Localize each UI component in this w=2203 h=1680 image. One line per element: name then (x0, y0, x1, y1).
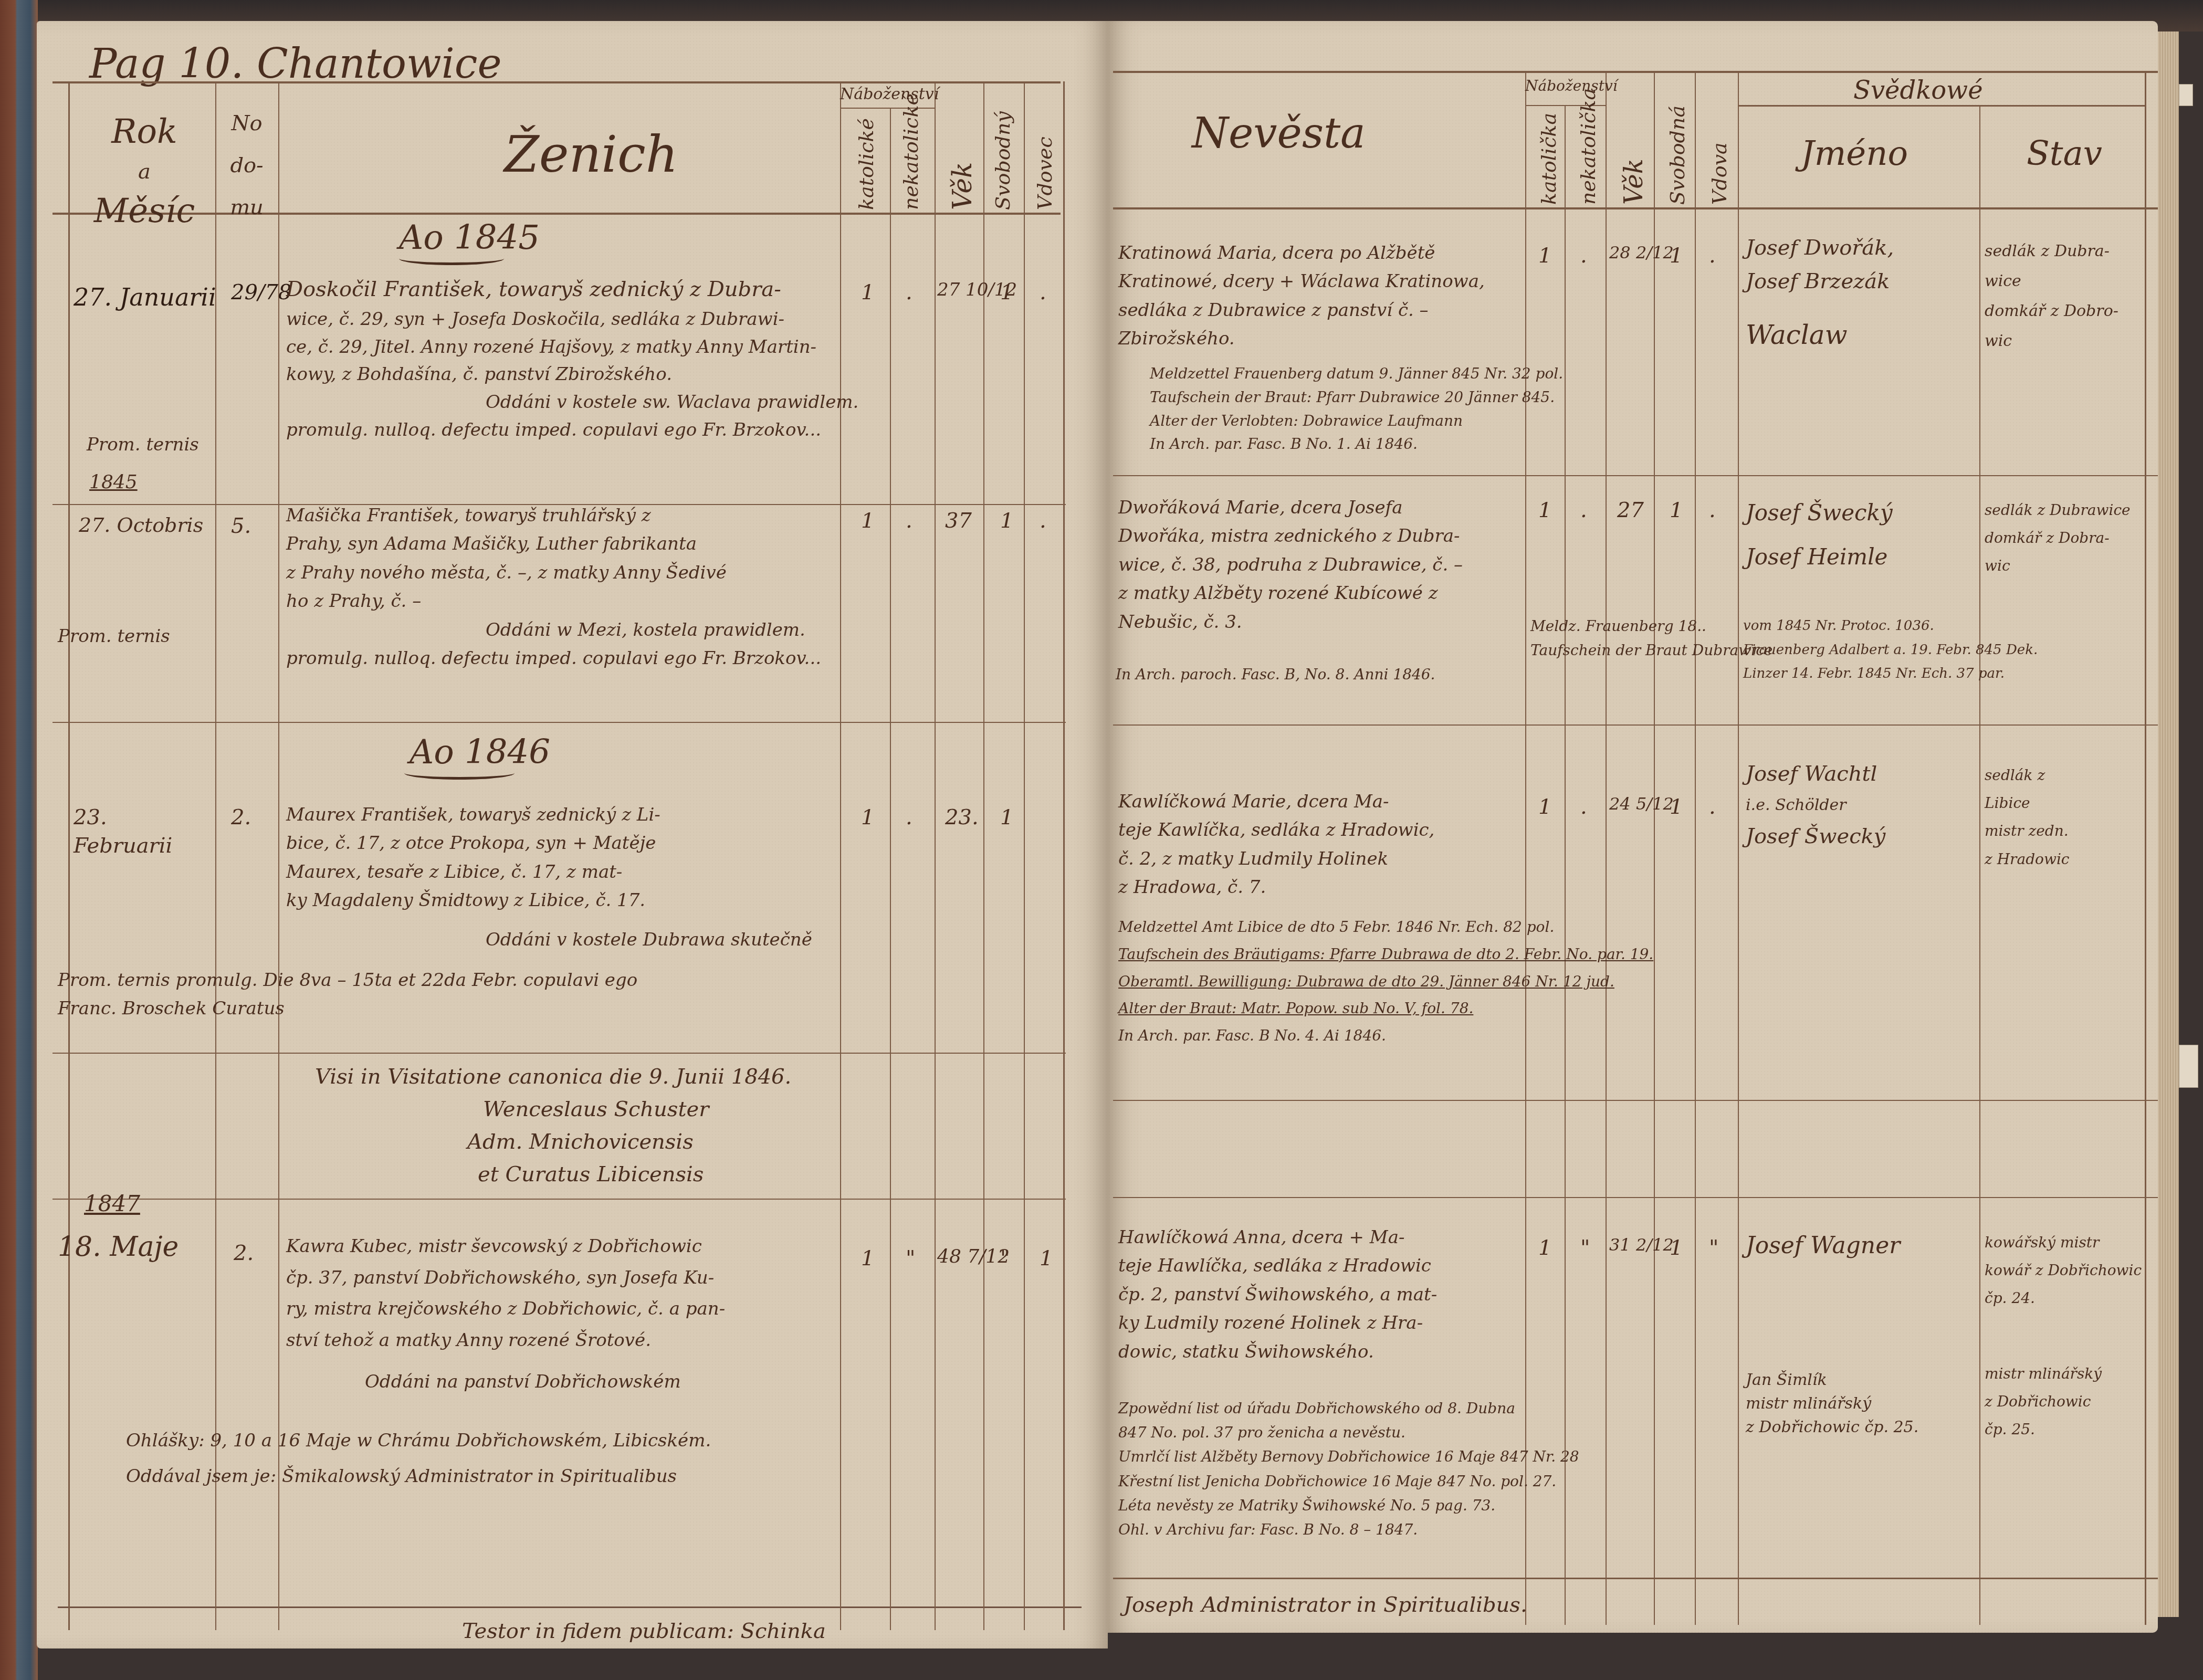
witness-name: Josef Wachtl (1746, 756, 1885, 792)
record-line: z Hradowa, č. 7. (1118, 873, 1434, 901)
record-line: ství tehož a matky Anny rozené Šrotové. (286, 1325, 725, 1357)
record-line: Alter der Braut: Matr. Popow. sub No. V,… (1118, 995, 1653, 1022)
record-line: Kawlíčkowá Marie, dcera Ma- (1118, 787, 1434, 816)
record-line: Linzer 14. Febr. 1845 Nr. Ech. 37 par. (1743, 662, 2038, 686)
record-line: In Arch. par. Fasc. B No. 4. Ai 1846. (1118, 1022, 1653, 1049)
bride-record: Dwořáková Marie, dcera Josefa Dwořáka, m… (1118, 493, 1463, 636)
marbled-cover-edge (0, 0, 38, 1680)
noncatholic-header: nekatolické (898, 115, 925, 210)
religion-header: Náboženství (840, 84, 939, 106)
age-value: 37 (945, 507, 972, 535)
column-rule (1024, 81, 1025, 1630)
witness-name: Josef Heimle (1746, 535, 1893, 579)
catholic-value: 1 (1538, 793, 1551, 821)
catholic-value: 1 (861, 278, 874, 307)
bride-record: Hawlíčkowá Anna, dcera + Ma- teje Hawlíč… (1118, 1223, 1437, 1366)
record-line: Meldzettel Frauenberg datum 9. Jänner 84… (1150, 362, 1563, 386)
record-line: Zpowědní list od úřadu Dobřichowského od… (1118, 1396, 1579, 1421)
column-rule (890, 108, 891, 1630)
record-line: Oddáni na panství Dobřichowském (286, 1367, 725, 1398)
witness-name: Jan Šimlík (1746, 1368, 1918, 1392)
witness-name: Josef Šwecký (1746, 818, 1885, 854)
record-line: Prom. ternis promulg. Die 8va – 15ta et … (58, 966, 637, 994)
column-rule (1654, 71, 1655, 1625)
widower-header: Vdovec (1032, 89, 1058, 210)
noncatholic-value: . (906, 507, 912, 535)
column-rule (68, 81, 70, 1630)
header-text: No (223, 102, 270, 144)
record-line: In Arch. paroch. Fasc. B, No. 8. Anni 18… (1116, 663, 1772, 687)
record-line: Ohlášky: 9, 10 a 16 Maje w Chrámu Dobřic… (126, 1423, 711, 1458)
catholic-value: 1 (1538, 1234, 1551, 1262)
entry-house-number: 2. (231, 803, 251, 832)
record-line: teje Hawlíčka, sedláka z Hradowic (1118, 1252, 1437, 1280)
noncatholic-value: " (1580, 1234, 1590, 1262)
header-top-rule (1113, 71, 2158, 73)
house-number-header: No do- mu (223, 102, 270, 228)
catholic-value: 1 (861, 1244, 874, 1273)
witness-names: Josef Wachtl i.e. Schölder Josef Šwecký (1746, 756, 1885, 854)
year-heading: 1847 (84, 1189, 140, 1219)
widow-value: . (1709, 241, 1716, 270)
age-value: 48 7/12 (937, 1244, 1010, 1270)
witnesses-header: Svědkowé (1853, 73, 1983, 108)
single-value: 1 (1000, 507, 1013, 535)
bride-record: Kratinowá Maria, dcera po Alžbětě Kratin… (1118, 239, 1485, 353)
witness-names: Josef Wagner Jan Šimlík mistr mlinářský … (1746, 1228, 1918, 1439)
column-rule (1525, 71, 1526, 1625)
record-line: Frauenberg Adalbert a. 19. Febr. 845 Dek… (1743, 638, 2038, 663)
record-line: wice, č. 29, syn + Josefa Doskočila, sed… (286, 306, 858, 333)
administrator-signature: Joseph Administrator in Spiritualibus. (1124, 1591, 1527, 1619)
status-line: sedlák z Dubra- (1985, 236, 2118, 266)
status-line: mistr zedn. (1985, 817, 2070, 845)
bride-record: Kawlíčkowá Marie, dcera Ma- teje Kawlíčk… (1118, 787, 1434, 902)
record-line: čp. 2, panství Šwihowského, a mat- (1118, 1280, 1437, 1309)
record-line: Křestní list Jenicha Dobřichowice 16 Maj… (1118, 1469, 1579, 1494)
witness-name: Josef Brzezák (1746, 265, 1894, 298)
witness-status: sedlák z Libice mistr zedn. z Hradowic (1985, 761, 2070, 873)
record-line: 847 No. pol. 37 pro ženicha a nevěstu. (1118, 1421, 1579, 1445)
record-line: Meldzettel Amt Libice de dto 5 Febr. 184… (1118, 913, 1653, 941)
noncatholic-value: . (906, 803, 912, 832)
status-line: čp. 24. (1985, 1284, 2142, 1312)
signature: Adm. Mnichovicensis (315, 1126, 791, 1158)
single-value: 1 (1670, 793, 1683, 821)
documents-note: Meldzettel Amt Libice de dto 5 Febr. 184… (1118, 913, 1653, 1049)
header-text: Rok (92, 108, 197, 156)
row-rule (58, 1606, 1082, 1608)
record-line: Maurex, tesaře z Libice, č. 17, z mat- (286, 858, 812, 886)
status-line: Libice (1985, 789, 2070, 817)
single-value: 1 (1670, 1234, 1683, 1262)
witness-name: i.e. Schölder (1746, 792, 1885, 818)
extra-notes: vom 1845 Nr. Protoc. 1036. Frauenberg Ad… (1743, 614, 2038, 686)
record-line: Oberamtl. Bewilligung: Dubrawa de dto 29… (1118, 968, 1653, 995)
entry-house-number: 2. (234, 1239, 254, 1267)
catholic-header: katolické (853, 115, 880, 210)
banns-and-officiant: Ohlášky: 9, 10 a 16 Maje w Chrámu Dobřic… (126, 1423, 711, 1494)
noncatholic-value: . (1580, 793, 1587, 821)
groom-column-header: Ženich (504, 121, 678, 189)
record-line: Meldz. Frauenberg 18.. (1530, 614, 1772, 638)
record-line: kowy, z Bohdašína, č. panství Zbirožskéh… (286, 361, 858, 388)
record-line: Visi in Visitatione canonica die 9. Juni… (315, 1060, 791, 1093)
entry-date: 18. Maje (58, 1228, 179, 1265)
status-line: domkář z Dobra- (1985, 524, 2131, 552)
record-line: teje Kawlíčka, sedláka z Hradowic, (1118, 816, 1434, 844)
widower-value: . (1040, 507, 1046, 535)
groom-record: Doskočil František, towaryš zednický z D… (286, 273, 858, 444)
visitation-note: Visi in Visitatione canonica die 9. Juni… (315, 1060, 791, 1191)
row-rule (1113, 1197, 2158, 1198)
record-line: Taufschein der Braut: Pfarr Dubrawice 20… (1150, 386, 1563, 409)
record-line: Nebušic, č. 3. (1118, 608, 1463, 636)
record-line: wice, č. 38, podruha z Dubrawice, č. – (1118, 551, 1463, 579)
status-line: čp. 25. (1985, 1415, 2142, 1443)
single-value: 1 (1670, 241, 1683, 270)
record-line: Dwořáka, mistra zednického z Dubra- (1118, 522, 1463, 550)
record-line: Taufschein der Braut Dubrawice (1530, 638, 1772, 663)
row-rule (53, 1053, 1066, 1054)
row-rule (53, 1199, 1066, 1200)
column-rule (215, 81, 216, 1630)
status-line: domkář z Dobro- (1985, 296, 2118, 326)
record-line: Oddával jsem je: Šmikalowský Administrat… (126, 1458, 711, 1494)
column-rule (935, 81, 936, 1630)
entry-house-number: 29/78 (231, 278, 291, 307)
documents-note: Meldzettel Frauenberg datum 9. Jänner 84… (1150, 362, 1563, 456)
record-line: Mašička František, towaryš truhlářský z (286, 501, 821, 530)
status-line: z Hradowic (1985, 845, 2070, 873)
witness-name: z Dobřichowic čp. 25. (1746, 1415, 1918, 1439)
record-line: č. 2, z matky Ludmily Holinek (1118, 845, 1434, 873)
parish-name: Chantowice (257, 40, 502, 88)
record-line: ky Ludmily rozené Holinek z Hra- (1118, 1309, 1437, 1337)
record-line: Dwořáková Marie, dcera Josefa (1118, 493, 1463, 522)
header-text: do- (223, 144, 270, 186)
header-bottom-rule (1113, 207, 2158, 209)
page-tab (2179, 1045, 2198, 1088)
noncatholic-value: " (906, 1244, 915, 1273)
record-line: Kratinowá Maria, dcera po Alžbětě (1118, 239, 1485, 267)
age-value: 23. (945, 803, 979, 832)
record-line: Léta nevěsty ze Matriky Šwihowské No. 5 … (1118, 1494, 1579, 1518)
age-value: 31 2/12 (1609, 1234, 1674, 1256)
column-rule (1606, 71, 1607, 1625)
record-line: Doskočil František, towaryš zednický z D… (286, 273, 858, 306)
page-reference: Pag 10. Chantowice (89, 37, 502, 92)
single-header: Svobodná (1664, 84, 1691, 205)
catholic-value: 1 (861, 507, 874, 535)
single-value: 1 (1000, 803, 1013, 832)
widow-value: . (1709, 496, 1716, 524)
age-header: Věk (1617, 89, 1651, 205)
row-rule (1113, 1578, 2158, 1579)
catholic-value: 1 (1538, 496, 1551, 524)
single-value: 1 (1000, 278, 1013, 307)
record-line: Umrlčí list Alžběty Bernovy Dobřichowice… (1118, 1445, 1579, 1469)
record-line: Ohl. v Archivu far: Fasc. B No. 8 – 1847… (1118, 1518, 1579, 1542)
status-line: kowářský mistr (1985, 1228, 2142, 1256)
status-line: sedlák z (1985, 761, 2070, 789)
widow-value: " (1709, 1234, 1718, 1262)
row-rule (1113, 475, 2158, 476)
catholic-value: 1 (861, 803, 874, 832)
status-line: kowář z Dobřichowic (1985, 1256, 2142, 1284)
header-top-rule (53, 81, 1061, 83)
noncatholic-value: . (1580, 241, 1587, 270)
witness-name: Josef Wagner (1746, 1228, 1918, 1263)
signature: et Curatus Libicensis (315, 1158, 791, 1191)
record-line: promulg. nulloq. defectu imped. copulavi… (286, 644, 821, 673)
entry-date: 23. Februarii (74, 803, 205, 860)
record-line: Kratinowé, dcery + Wáclawa Kratinowa, (1118, 267, 1485, 296)
entry-house-number: 5. (231, 512, 251, 540)
single-value: " (1000, 1244, 1010, 1273)
status-line: wic (1985, 552, 2131, 580)
status-line: wice (1985, 266, 2118, 296)
record-line: Kawra Kubec, mistr ševcowský z Dobřichow… (286, 1231, 725, 1263)
witness-status: kowářský mistr kowář z Dobřichowic čp. 2… (1985, 1228, 2142, 1443)
attestation-footer: Testor in fidem publicam: Schinka (462, 1617, 826, 1645)
record-line: In Arch. par. Fasc. B No. 1. Ai 1846. (1150, 433, 1563, 456)
record-line: Taufschein des Bräutigams: Pfarre Dubraw… (1118, 941, 1653, 968)
witness-names: Josef Šwecký Josef Heimle (1746, 491, 1893, 579)
witness-name: Josef Šwecký (1746, 491, 1893, 535)
witness-name: Waclaw (1746, 314, 1894, 356)
bride-column-header: Nevěsta (1192, 105, 1366, 162)
noncatholic-header: nekatolička (1575, 110, 1602, 205)
record-line: ho z Prahy, č. – (286, 587, 821, 615)
record-line: Oddáni w Mezi, kostela prawidlem. (286, 616, 821, 644)
record-line: z Prahy nového města, č. –, z matky Anny… (286, 559, 821, 587)
age-value: 27 (1617, 496, 1644, 524)
catholic-header: katolička (1536, 110, 1562, 205)
promulgation-note: Prom. ternis promulg. Die 8va – 15ta et … (58, 966, 637, 1023)
header-text: a (92, 156, 197, 187)
status-line: z Dobřichowic (1985, 1388, 2142, 1415)
page-tab (2179, 84, 2193, 106)
record-line: Maurex František, towaryš zednický z Li- (286, 801, 812, 829)
groom-record: Maurex František, towaryš zednický z Li-… (286, 801, 812, 954)
witness-status-header: Stav (2027, 131, 2102, 176)
groom-record: Kawra Kubec, mistr ševcowský z Dobřichow… (286, 1231, 725, 1398)
record-line: Alter der Verlobten: Dobrawice Laufmann (1150, 409, 1563, 433)
witness-status: sedlák z Dubra- wice domkář z Dobro- wic (1985, 236, 2118, 356)
widow-header: Vdova (1706, 84, 1733, 205)
record-line: dowic, statku Šwihowského. (1118, 1338, 1437, 1366)
record-line: ce, č. 29, Jitel. Anny rozené Hajšovy, z… (286, 333, 858, 361)
noncatholic-value: . (1580, 496, 1587, 524)
record-line: čp. 37, panství Dobřichowského, syn Jose… (286, 1263, 725, 1294)
noncatholic-value: . (906, 278, 912, 307)
witness-name-header: Jméno (1801, 131, 1908, 176)
header-text: Měsíc (92, 187, 197, 236)
record-line: bice, č. 17, z otce Prokopa, syn + Matěj… (286, 829, 812, 857)
column-rule (1979, 105, 1980, 1625)
catholic-value: 1 (1538, 241, 1551, 270)
record-line: Zbirožského. (1118, 324, 1485, 353)
documents-note: Zpowědní list od úřadu Dobřichowského od… (1118, 1396, 1579, 1542)
entry-date: 27. Januarii (74, 281, 216, 313)
header-text: mu (223, 186, 270, 228)
age-value: 24 5/12 (1609, 793, 1674, 815)
column-rule (1738, 71, 1739, 1625)
witness-names: Josef Dwořák, Josef Brzezák Waclaw (1746, 231, 1894, 356)
column-rule (2145, 71, 2146, 1625)
header-bottom-rule (53, 213, 1061, 215)
column-rule (983, 81, 984, 1630)
documents-note: Meldz. Frauenberg 18.. Taufschein der Br… (1530, 614, 1772, 687)
single-header: Svobodný (990, 89, 1016, 210)
row-rule (1113, 724, 2158, 726)
year-heading: 1845 (89, 470, 138, 496)
record-line: z matky Alžběty rozené Kubícowé z (1118, 579, 1463, 607)
widower-value: . (1040, 278, 1046, 307)
promulgation-note: Prom. ternis (58, 625, 170, 649)
flourish (399, 252, 504, 265)
flourish (404, 766, 515, 780)
record-line: vom 1845 Nr. Protoc. 1036. (1743, 614, 2038, 638)
record-line: Prahy, syn Adama Mašičky, Luther fabrika… (286, 530, 821, 558)
signature: Wenceslaus Schuster (315, 1093, 791, 1126)
record-line: ky Magdaleny Šmidtowy z Libice, č. 17. (286, 886, 812, 915)
groom-record: Mašička František, towaryš truhlářský z … (286, 501, 821, 673)
promulgation-note: Prom. ternis (87, 433, 199, 457)
column-rule (278, 81, 279, 1630)
column-rule (1063, 81, 1065, 1630)
record-line: ry, mistra krejčowského z Dobřichowic, č… (286, 1294, 725, 1325)
age-header: Věk (945, 94, 981, 210)
religion-header: Náboženství (1525, 76, 1618, 96)
page-number: Pag 10. (89, 40, 244, 88)
single-value: 1 (1670, 496, 1683, 524)
record-line: promulg. nulloq. defectu imped. copulavi… (286, 416, 858, 444)
status-line: sedlák z Dubrawice (1985, 496, 2131, 524)
column-rule (1695, 71, 1696, 1625)
entry-date: 27. Octobris (79, 512, 203, 539)
status-line: wic (1985, 326, 2118, 356)
status-line: mistr mlinářský (1985, 1360, 2142, 1388)
widower-value: 1 (1040, 1244, 1053, 1273)
record-line: Oddáni v kostele sw. Waclava prawidlem. (286, 388, 858, 416)
page-edges (2158, 31, 2179, 1617)
record-line: sedláka z Dubrawice z panství č. – (1118, 296, 1485, 324)
widow-value: . (1709, 793, 1716, 821)
record-line: Franc. Broschek Curatus (58, 994, 637, 1023)
row-rule (53, 722, 1066, 723)
witness-name: mistr mlinářský (1746, 1392, 1918, 1415)
date-column-header: Rok a Měsíc (92, 108, 197, 236)
witness-status: sedlák z Dubrawice domkář z Dobra- wic (1985, 496, 2131, 580)
age-value: 28 2/12 (1609, 241, 1674, 264)
record-line: Hawlíčkowá Anna, dcera + Ma- (1118, 1223, 1437, 1252)
record-line: Oddáni v kostele Dubrawa skutečně (286, 926, 812, 954)
row-rule (1113, 1100, 2158, 1101)
witness-name: Josef Dwořák, (1746, 231, 1894, 265)
